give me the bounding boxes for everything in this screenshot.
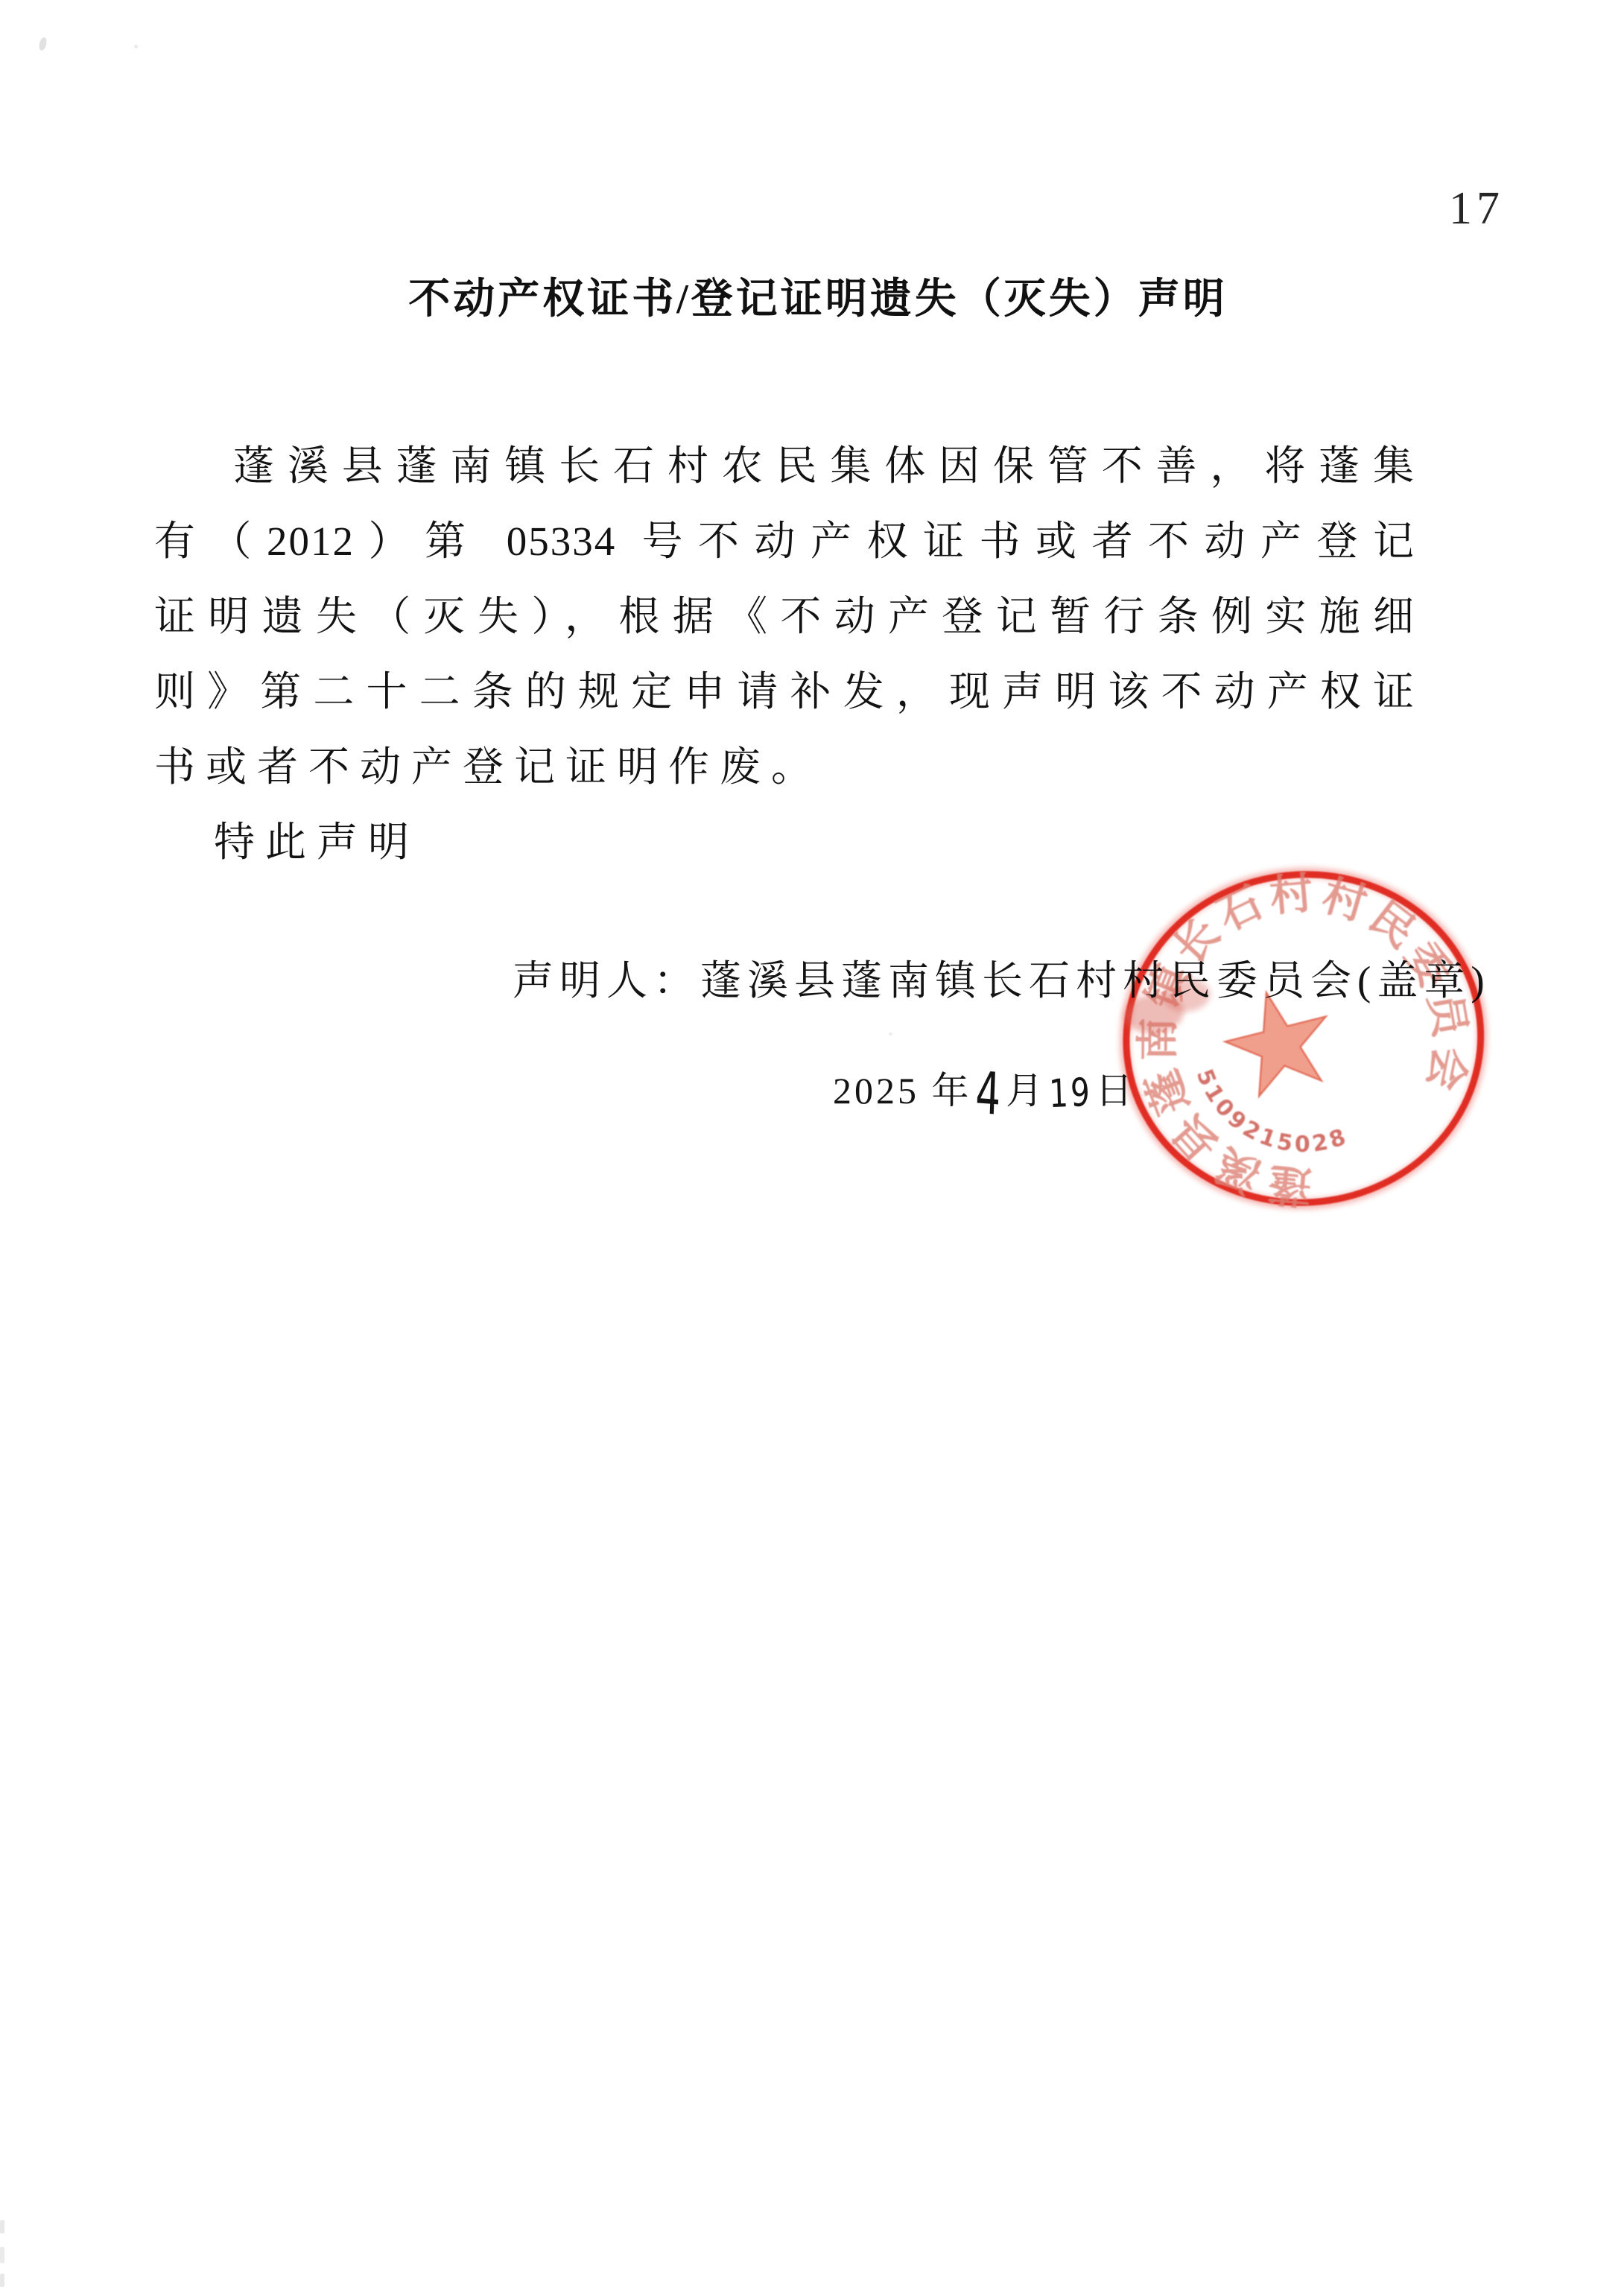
declaration-body: 蓬溪县蓬南镇长石村农民集体因保管不善，将蓬集 有（2012）第 05334 号不…: [154, 428, 1415, 880]
page-number: 17: [1449, 179, 1504, 238]
date-month-unit: 月: [1006, 1070, 1046, 1111]
scanned-declaration-page: 17 不动产权证书/登记证明遗失（灭失）声明 蓬溪县蓬南镇长石村农民集体因保管不…: [0, 0, 1624, 2296]
scan-speck: [134, 45, 138, 48]
declarant-label: 声明人：: [513, 958, 700, 1003]
date-year-unit: 年: [932, 1070, 972, 1111]
body-line-2: 有（2012）第 05334 号不动产权证书或者不动产登记: [154, 504, 1415, 579]
date-line: 2025 年4月19日: [833, 1050, 1135, 1124]
handwritten-month: 4: [974, 1060, 1004, 1129]
official-red-seal: 蓬溪县蓬南镇长石村村民委员会 5109215028517: [1091, 827, 1517, 1253]
body-line-4: 则》第二十二条的规定申请补发，现声明该不动产权证: [154, 654, 1415, 729]
body-line-1: 蓬溪县蓬南镇长石村农民集体因保管不善，将蓬集: [154, 428, 1415, 504]
seal-star-icon: [1217, 980, 1341, 1101]
handwritten-day: 19: [1048, 1059, 1093, 1129]
scan-edge-mark: [0, 2247, 4, 2263]
scan-edge-mark: [0, 2274, 4, 2287]
body-line-3: 证明遗失（灭失），根据《不动产登记暂行条例实施细: [154, 579, 1415, 654]
scan-speck: [889, 1033, 892, 1036]
scan-speck: [38, 37, 48, 51]
body-line-5: 书或者不动产登记证明作废。: [154, 729, 1415, 805]
document-title: 不动产权证书/登记证明遗失（灭失）声明: [6, 262, 1624, 337]
date-year: 2025: [833, 1070, 919, 1111]
scan-edge-mark: [0, 2220, 4, 2233]
